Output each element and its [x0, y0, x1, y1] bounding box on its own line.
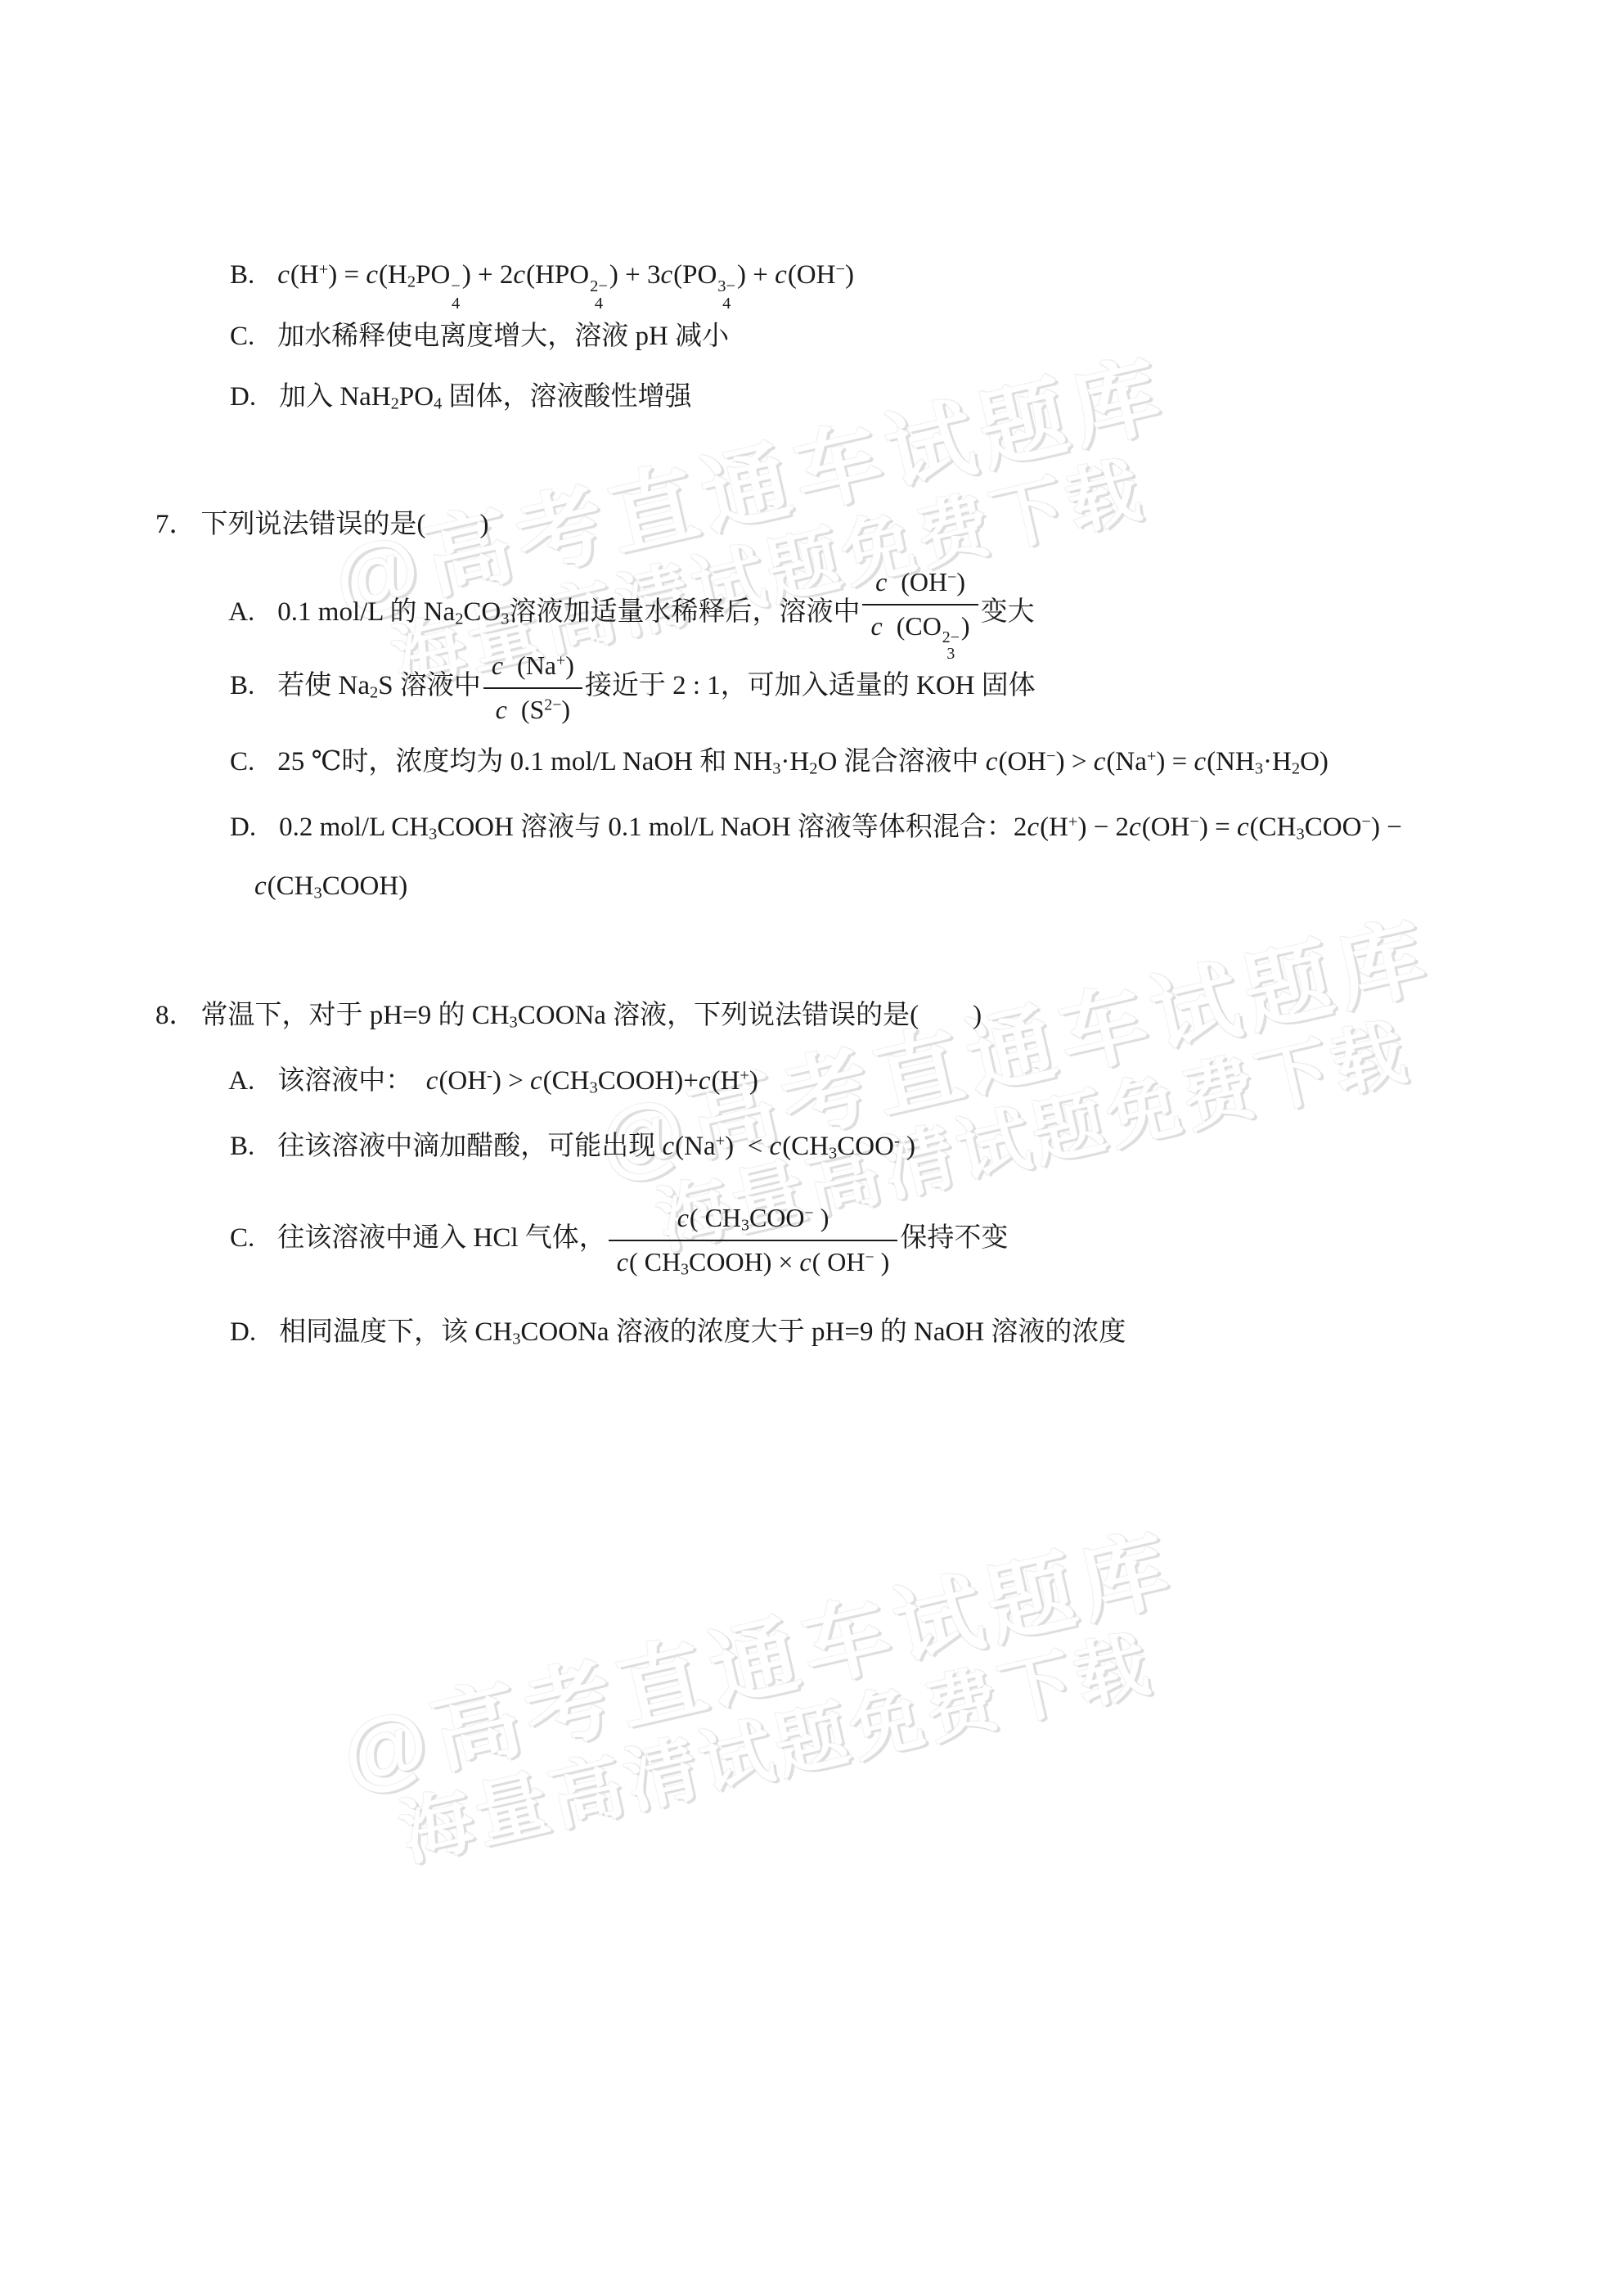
option-text: 加入 NaH2PO4 固体，溶液酸性增强 [279, 382, 691, 412]
option-text: 相同温度下，该 CH3COONa 溶液的浓度大于 pH=9 的 NaOH 溶液的… [279, 1317, 1126, 1347]
option-label: B. [230, 671, 254, 700]
question-8-option-d: D.相同温度下，该 CH3COONa 溶液的浓度大于 pH=9 的 NaOH 溶… [203, 1280, 1126, 1385]
watermark-line1: @高考直通车试题库 [334, 1523, 1185, 1803]
option-text: 往该溶液中通入 HCl 气体，c( CH3COO− )c( CH3COOH) ×… [277, 1223, 1008, 1253]
option-text: 0.2 mol/L CH3COOH 溶液与 0.1 mol/L NaOH 溶液等… [279, 813, 1402, 842]
option-text: 往该溶液中滴加醋酸，可能出现 c(Na+) < c(CH3COO- ) [277, 1132, 915, 1161]
option-text: 该溶液中： c(OH-) > c(CH3COOH)+c(H+) [277, 1066, 758, 1096]
question-text: 常温下，对于 pH=9 的 CH3COONa 溶液，下列说法错误的是( ) [201, 1001, 982, 1030]
option-label: D. [230, 1317, 256, 1347]
watermark-line2: 海量高清试题免费下载 [393, 1616, 1203, 1872]
option-label: D. [230, 382, 256, 412]
option-text: 25 ℃时，浓度均为 0.1 mol/L NaOH 和 NH3·H2O 混合溶液… [277, 747, 1329, 777]
option-label: A. [228, 1066, 254, 1096]
option-label: B. [230, 1132, 254, 1161]
question-7-option-d-continuation: c(CH3COOH) [227, 834, 407, 939]
document-page: @高考直通车试题库 海量高清试题免费下载 @高考直通车试题库 海量高清试题免费下… [0, 0, 1623, 2296]
question-number: 7． [155, 510, 196, 539]
watermark: @高考直通车试题库 海量高清试题免费下载 [334, 1523, 1203, 1882]
question-number: 8． [155, 1001, 196, 1030]
option-text: 若使 Na2S 溶液中c (Na+)c (S2−)接近于 2 : 1，可加入适量… [277, 671, 1036, 700]
option-label: C. [230, 747, 254, 777]
question-6-option-d: D.加入 NaH2PO4 固体，溶液酸性增强 [203, 344, 692, 450]
option-text: c(CH3COOH) [254, 871, 407, 901]
option-label: C. [230, 1223, 254, 1253]
